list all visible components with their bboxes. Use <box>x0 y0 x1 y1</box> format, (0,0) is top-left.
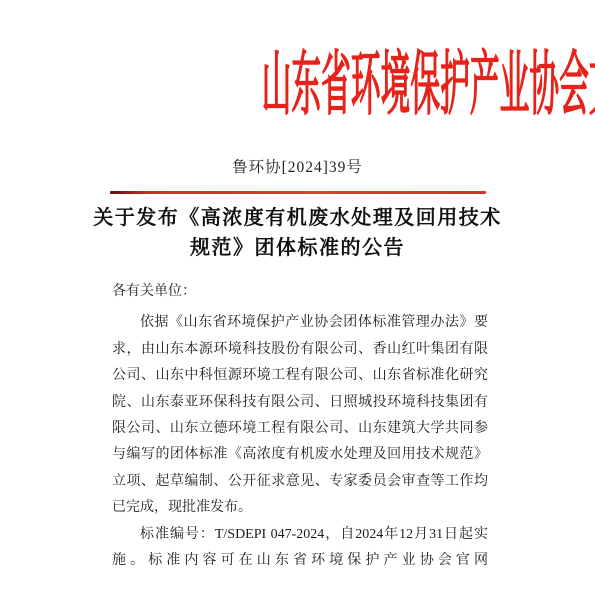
doc-number: 鲁环协[2024]39号 <box>0 158 595 178</box>
body-line-4: 院、山东泰亚环保科技有限公司、日照城投环境科技集团有 <box>112 390 488 416</box>
letterhead: 山东省环境保护产业协会文件 <box>0 50 595 122</box>
body-line-9: 标准编号：T/SDEPI 047-2024，自2024年12月31日起实 <box>112 522 488 548</box>
letterhead-org-title: 山东省环境保护产业协会文件 <box>262 50 595 122</box>
doc-title: 关于发布《高浓度有机废水处理及回用技术 规范》团体标准的公告 <box>0 203 595 263</box>
red-divider-line <box>110 191 486 194</box>
body-line-3: 公司、山东中科恒源环境工程有限公司、山东省标准化研究 <box>112 363 488 389</box>
doc-title-line-2: 规范》团体标准的公告 <box>0 233 595 263</box>
salutation: 各有关单位： <box>112 279 488 305</box>
doc-title-line-1: 关于发布《高浓度有机废水处理及回用技术 <box>0 203 595 233</box>
body-line-6: 与编写的团体标准《高浓度有机废水处理及回用技术规范》 <box>112 442 488 468</box>
body-line-7: 立项、起草编制、公开征求意见、专家委员会审查等工作均 <box>112 469 488 495</box>
body-line-5: 限公司、山东立德环境工程有限公司、山东建筑大学共同参 <box>112 416 488 442</box>
body-line-1: 依据《山东省环境保护产业协会团体标准管理办法》要 <box>112 310 488 336</box>
body-line-10: 施。标准内容可在山东省环境保护产业协会官网 <box>112 548 488 574</box>
body-line-8: 已完成，现批准发布。 <box>112 495 488 521</box>
document-body: 各有关单位： 依据《山东省环境保护产业协会团体标准管理办法》要 求，由山东本源环… <box>112 279 488 574</box>
document-page: 山东省环境保护产业协会文件 鲁环协[2024]39号 关于发布《高浓度有机废水处… <box>0 0 595 610</box>
body-line-2: 求，由山东本源环境科技股份有限公司、香山红叶集团有限 <box>112 337 488 363</box>
